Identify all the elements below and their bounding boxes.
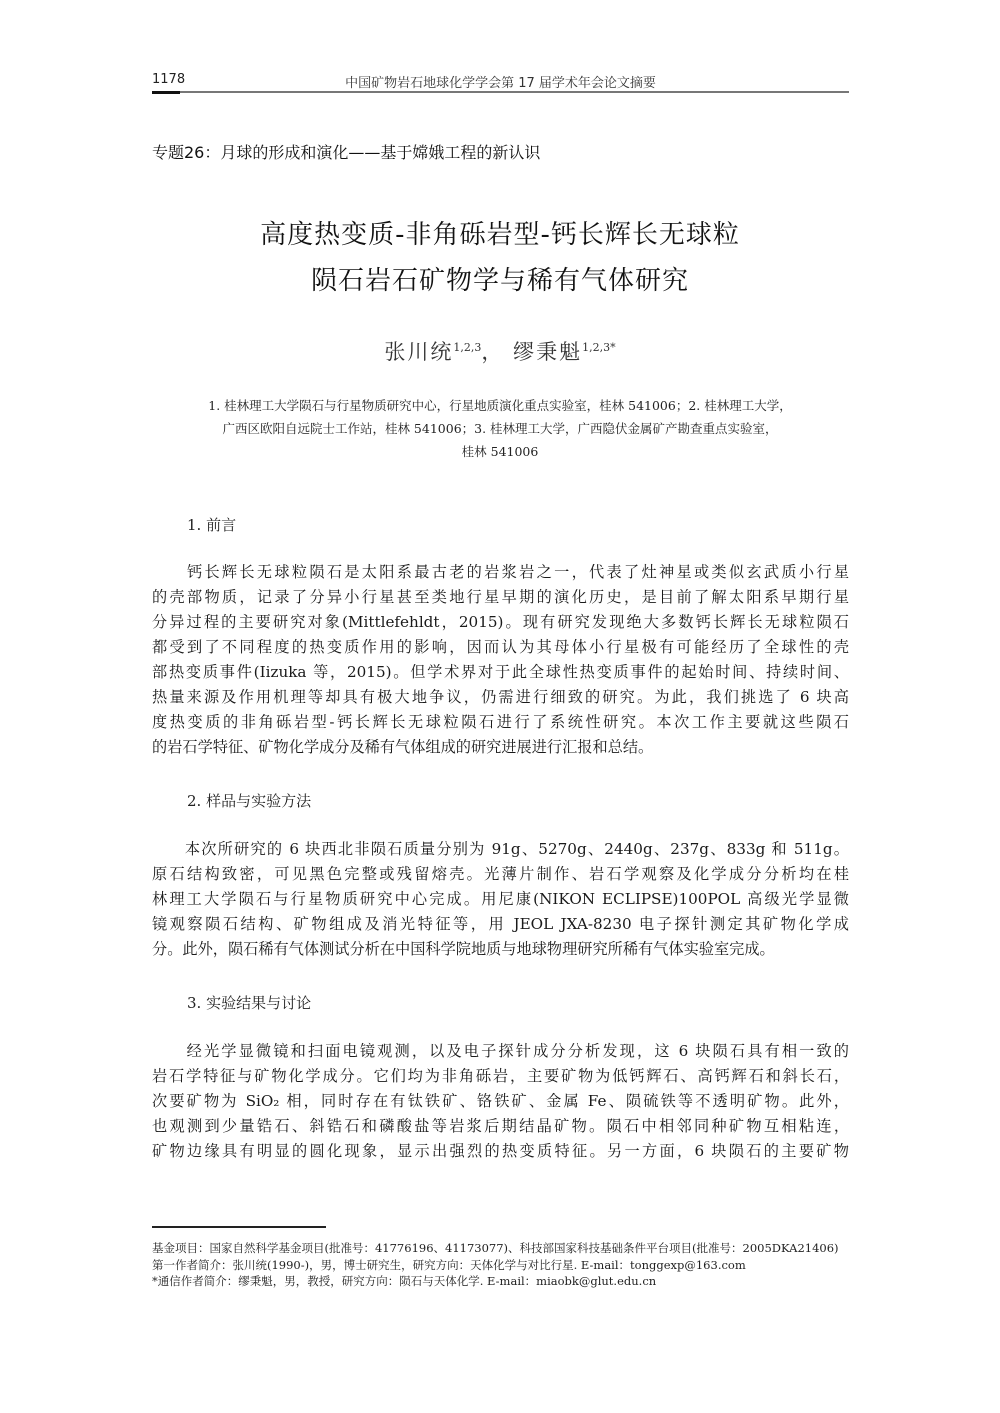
author-affiliation-marks: 1,2,3 bbox=[453, 341, 481, 354]
text-line: 原石结构致密，可见黑色完整或残留熔壳。光薄片制作、岩石学观察及化学成分分析均在桂 bbox=[152, 862, 849, 887]
section-body-results-discussion: 经光学显微镜和扫面电镜观测，以及电子探针成分分析发现，这 6 块陨石具有相一致的… bbox=[152, 1039, 849, 1164]
running-title: 中国矿物岩石地球化学学会第 17 届学术年会论文摘要 bbox=[152, 72, 849, 91]
author-separator: ， bbox=[481, 340, 504, 364]
text-line: 矿物边缘具有明显的圆化现象，显示出强烈的热变质特征。另一方面，6 块陨石的主要矿… bbox=[152, 1139, 849, 1164]
affiliation-line: 桂林 541006 bbox=[150, 440, 850, 463]
paper-title-line-2: 陨石岩石矿物学与稀有气体研究 bbox=[0, 260, 1000, 297]
text-line: 部热变质事件(Iizuka 等，2015)。但学术界对于此全球性热变质事件的起始… bbox=[152, 660, 849, 685]
section-heading-introduction: 1. 前言 bbox=[187, 514, 236, 535]
text-line: 次要矿物为 SiO₂ 相，同时存在有钛铁矿、铬铁矿、金属 Fe、陨硫铁等不透明矿… bbox=[152, 1089, 849, 1114]
section-heading-results-discussion: 3. 实验结果与讨论 bbox=[187, 992, 311, 1013]
section-body-samples-methods: 本次所研究的 6 块西北非陨石质量分别为 91g、5270g、2440g、237… bbox=[152, 837, 849, 962]
footnote-funding: 基金项目：国家自然科学基金项目(批准号：41776196、41173077)、科… bbox=[152, 1240, 852, 1257]
author-list: 张川统1,2,3， 缪秉魁1,2,3* bbox=[0, 336, 1000, 366]
author-affiliation-marks: 1,2,3* bbox=[582, 341, 616, 354]
page-number: 1178 bbox=[152, 72, 185, 87]
header-rule bbox=[152, 91, 849, 93]
text-line: 的岩石学特征、矿物化学成分及稀有气体组成的研究进展进行汇报和总结。 bbox=[152, 735, 849, 760]
text-line: 度热变质的非角砾岩型-钙长辉长无球粒陨石进行了系统性研究。本次工作主要就这些陨石 bbox=[152, 710, 849, 735]
section-body-introduction: 钙长辉长无球粒陨石是太阳系最古老的岩浆岩之一，代表了灶神星或类似玄武质小行星 的… bbox=[152, 560, 849, 760]
text-line: 都受到了不同程度的热变质作用的影响，因而认为其母体小行星极有可能经历了全球性的壳 bbox=[152, 635, 849, 660]
text-line: 林理工大学陨石与行星物质研究中心完成。用尼康(NIKON ECLIPSE)100… bbox=[152, 887, 849, 912]
footnote-rule bbox=[152, 1226, 326, 1228]
header-rule-accent bbox=[152, 91, 180, 94]
text-line: 也观测到少量锆石、斜锆石和磷酸盐等岩浆后期结晶矿物。陨石中相邻同种矿物互相粘连， bbox=[152, 1114, 849, 1139]
footnotes: 基金项目：国家自然科学基金项目(批准号：41776196、41173077)、科… bbox=[152, 1240, 852, 1290]
text-line: 分异过程的主要研究对象(Mittlefehldt，2015)。现有研究发现绝大多… bbox=[152, 610, 849, 635]
text-line: 镜观察陨石结构、矿物组成及消光特征等，用 JEOL JXA-8230 电子探针测… bbox=[152, 912, 849, 937]
affiliations: 1. 桂林理工大学陨石与行星物质研究中心，行星地质演化重点实验室，桂林 5410… bbox=[150, 394, 850, 463]
paper-title-line-1: 高度热变质-非角砾岩型-钙长辉长无球粒 bbox=[0, 214, 1000, 251]
author-name: 张川统 bbox=[384, 340, 453, 364]
text-line: 热量来源及作用机理等却具有极大地争议，仍需进行细致的研究。为此，我们挑选了 6 … bbox=[152, 685, 849, 710]
text-line: 本次所研究的 6 块西北非陨石质量分别为 91g、5270g、2440g、237… bbox=[152, 837, 849, 862]
section-heading-samples-methods: 2. 样品与实验方法 bbox=[187, 790, 311, 811]
author-name: 缪秉魁 bbox=[513, 340, 582, 364]
affiliation-line: 广西区欧阳自远院士工作站，桂林 541006；3. 桂林理工大学，广西隐伏金属矿… bbox=[150, 417, 850, 440]
topic-heading: 专题26：月球的形成和演化——基于嫦娥工程的新认识 bbox=[152, 140, 540, 163]
text-line: 经光学显微镜和扫面电镜观测，以及电子探针成分分析发现，这 6 块陨石具有相一致的 bbox=[152, 1039, 849, 1064]
footnote-first-author: 第一作者简介：张川统(1990-)，男，博士研究生，研究方向：天体化学与对比行星… bbox=[152, 1257, 852, 1274]
text-line: 的壳部物质，记录了分异小行星甚至类地行星早期的演化历史，是目前了解太阳系早期行星 bbox=[152, 585, 849, 610]
text-line: 岩石学特征与矿物化学成分。它们均为非角砾岩，主要矿物为低钙辉石、高钙辉石和斜长石… bbox=[152, 1064, 849, 1089]
text-line: 钙长辉长无球粒陨石是太阳系最古老的岩浆岩之一，代表了灶神星或类似玄武质小行星 bbox=[152, 560, 849, 585]
footnote-corresponding-author: *通信作者简介：缪秉魁，男，教授，研究方向：陨石与天体化学. E-mail：mi… bbox=[152, 1273, 852, 1290]
text-line: 分。此外，陨石稀有气体测试分析在中国科学院地质与地球物理研究所稀有气体实验室完成… bbox=[152, 937, 849, 962]
affiliation-line: 1. 桂林理工大学陨石与行星物质研究中心，行星地质演化重点实验室，桂林 5410… bbox=[150, 394, 850, 417]
